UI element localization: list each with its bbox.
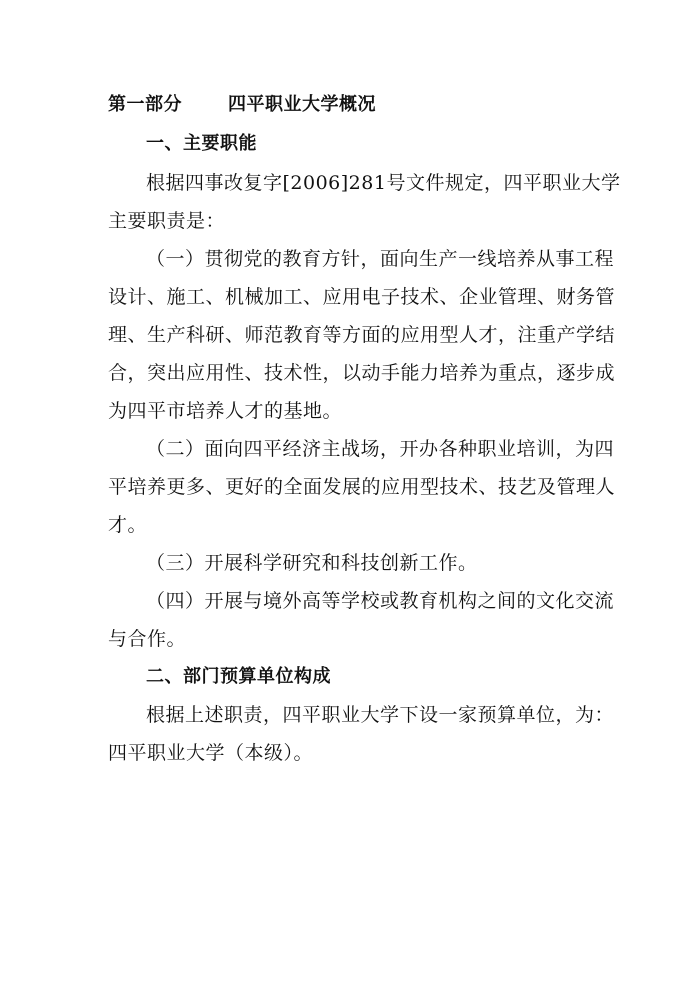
paragraph-line: 根据上述职责，四平职业大学下设一家预算单位，为：: [146, 703, 598, 727]
paragraph-line: （一）贯彻党的教育方针，面向生产一线培养从事工程: [146, 247, 598, 271]
paragraph-line: 四平职业大学（本级）。: [108, 741, 598, 765]
document-page: 第一部分四平职业大学概况 一、主要职能 根据四事改复字[2006]281号文件规…: [0, 0, 700, 990]
paragraph-line: 主要职责是：: [108, 209, 598, 233]
paragraph-line: 根据四事改复字[2006]281号文件规定，四平职业大学: [146, 171, 598, 195]
section-heading-budget-units: 二、部门预算单位构成: [146, 665, 598, 689]
paragraph-line: 合，突出应用性、技术性，以动手能力培养为重点，逐步成: [108, 361, 598, 385]
paragraph-line: 平培养更多、更好的全面发展的应用型技术、技艺及管理人: [108, 475, 598, 499]
part-title-label: 第一部分: [108, 93, 228, 117]
paragraph-line: （四）开展与境外高等学校或教育机构之间的文化交流: [146, 589, 598, 613]
paragraph-line: 设计、施工、机械加工、应用电子技术、企业管理、财务管: [108, 285, 598, 309]
paragraph-line: （三）开展科学研究和科技创新工作。: [146, 551, 598, 575]
part-title: 第一部分四平职业大学概况: [108, 93, 598, 117]
paragraph-line: 为四平市培养人才的基地。: [108, 399, 598, 423]
paragraph-line: 理、生产科研、师范教育等方面的应用型人才，注重产学结: [108, 323, 598, 347]
paragraph-line: 才。: [108, 513, 598, 537]
paragraph-line: 与合作。: [108, 627, 598, 651]
part-title-text: 四平职业大学概况: [228, 94, 376, 115]
paragraph-line: （二）面向四平经济主战场，开办各种职业培训，为四: [146, 437, 598, 461]
section-heading-main-functions: 一、主要职能: [146, 132, 598, 156]
